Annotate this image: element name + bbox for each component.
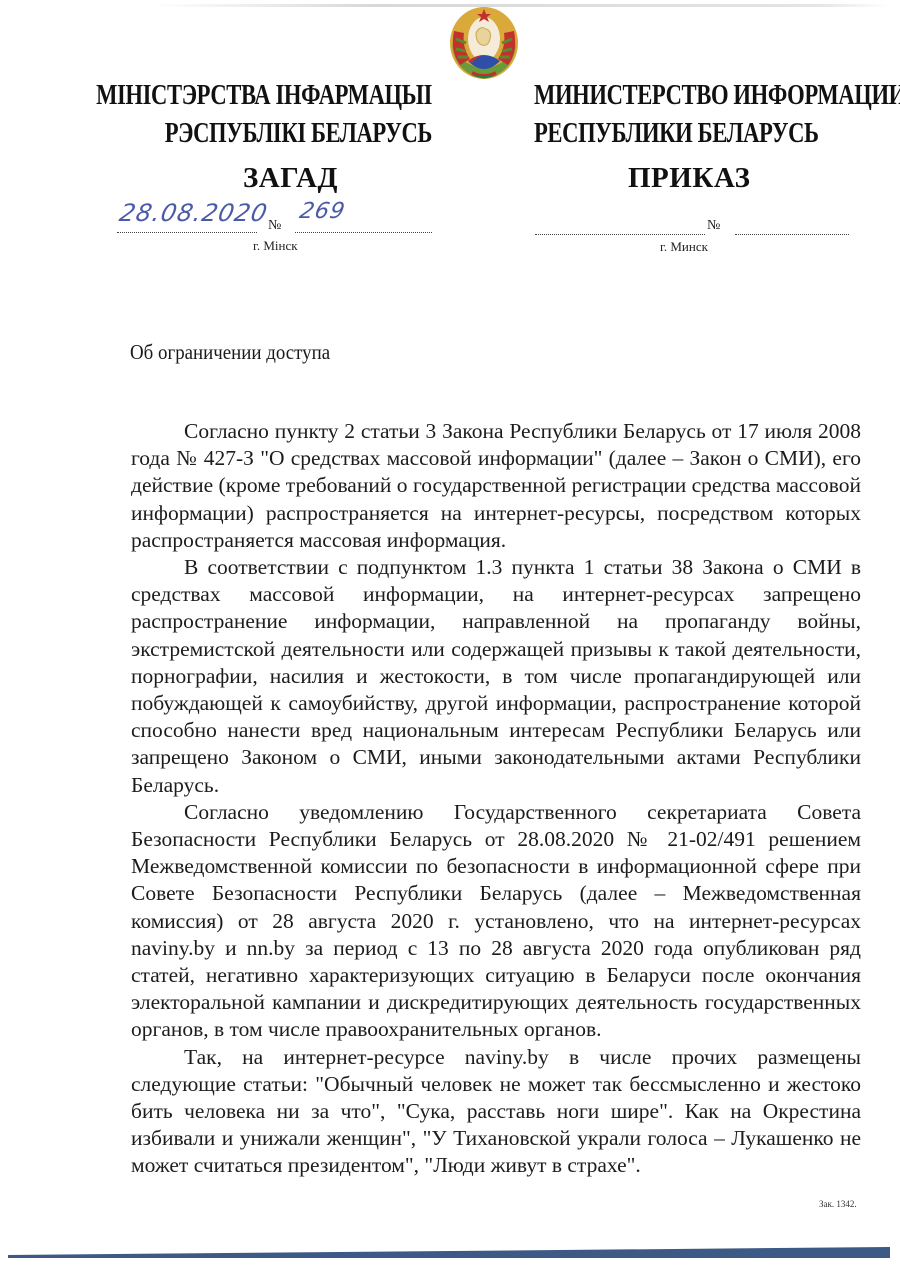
paragraph: Согласно уведомлению Государственного се… [131, 799, 861, 1044]
date-line-right [535, 218, 705, 235]
print-order-note: Зак. 1342. [819, 1199, 857, 1209]
order-title-belarusian: ЗАГАД [243, 162, 338, 195]
order-title-russian: ПРИКАЗ [628, 162, 750, 195]
ministry-name-russian: МИНИСТЕРСТВО ИНФОРМАЦИИ РЕСПУБЛИКИ БЕЛАР… [534, 76, 900, 152]
paragraph: Согласно пункту 2 статьи 3 Закона Респуб… [131, 418, 861, 554]
city-left: г. Мінск [253, 238, 298, 254]
document-subject: Об ограничении доступа [130, 340, 330, 365]
ministry-line-1: МІНІСТЭРСТВА ІНФАРМАЦЫІ [95, 76, 432, 114]
handwritten-date: 28.08.2020 [117, 199, 270, 227]
document-body: Согласно пункту 2 статьи 3 Закона Респуб… [131, 418, 861, 1180]
bottom-decorative-bar [8, 1246, 890, 1259]
ministry-name-belarusian: МІНІСТЭРСТВА ІНФАРМАЦЫІ РЭСПУБЛІКІ БЕЛАР… [0, 76, 432, 152]
handwritten-number: 269 [297, 199, 347, 224]
ministry-line-1: МИНИСТЕРСТВО ИНФОРМАЦИИ [534, 76, 900, 114]
paragraph: Так, на интернет-ресурсе naviny.by в чис… [131, 1044, 861, 1180]
number-sign-right: № [707, 218, 720, 234]
city-right: г. Минск [660, 239, 708, 255]
ministry-line-2: РЕСПУБЛИКИ БЕЛАРУСЬ [534, 114, 900, 152]
ministry-line-2: РЭСПУБЛІКІ БЕЛАРУСЬ [95, 114, 432, 152]
paragraph: В соответствии с подпунктом 1.3 пункта 1… [131, 554, 861, 799]
number-line-right [735, 218, 849, 235]
state-emblem-icon [446, 3, 522, 81]
number-sign-left: № [268, 218, 281, 234]
